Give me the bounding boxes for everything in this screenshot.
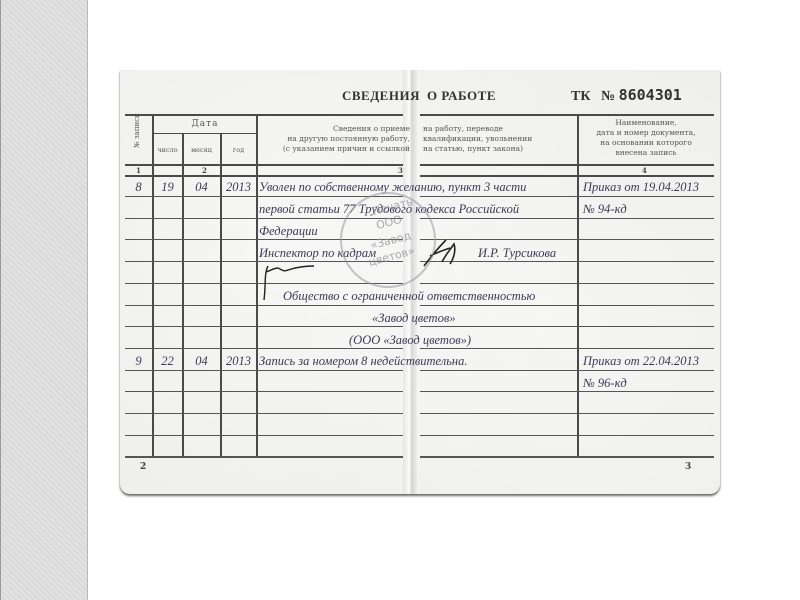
header-line: (с указанием причин и ссылкой: [260, 144, 410, 154]
entry-8-line-7: «Завод цветов»: [372, 311, 456, 326]
row-rule-line: [125, 413, 403, 414]
colnum-3: 3: [398, 166, 403, 175]
year-header: год: [221, 145, 256, 155]
row-rule-line: [420, 218, 714, 219]
entry-8-line-6: Общество с ограниченной ответственностью: [283, 289, 535, 304]
row-rule-line: [420, 391, 714, 392]
date-subheader-line: [153, 133, 257, 134]
vline-document-start: [577, 114, 579, 456]
entry-9-line-1: Запись за номером 8 недействительна.: [259, 354, 468, 369]
entry-8-month: 04: [183, 180, 220, 195]
header-line: Наименование,: [580, 118, 712, 128]
header-line: внесена запись: [580, 148, 712, 158]
row-rule-line: [125, 456, 403, 458]
colnum-1: 1: [136, 166, 141, 175]
row-rule-line: [420, 413, 714, 414]
info-header-left: Сведения о приемена другую постоянную ра…: [260, 124, 410, 154]
page-number-right: 3: [685, 462, 691, 472]
entry-9-document-2: № 96-кд: [583, 376, 627, 391]
colnum-line-right: [420, 175, 714, 177]
entry-9-day: 22: [153, 354, 182, 369]
header-line: на другую постоянную работу,: [260, 134, 410, 144]
document-number: 8604301: [619, 86, 682, 104]
title-left: СВЕДЕНИЯ: [342, 88, 420, 104]
header-top-line-left: [125, 114, 403, 116]
date-header: Дата: [153, 119, 257, 129]
number-sign: №: [601, 89, 615, 104]
vline-date-start: [152, 114, 154, 456]
entry-8-line-3: Федерации: [259, 224, 318, 239]
entry-8-line-8: (ООО «Завод цветов»): [349, 333, 471, 348]
colnum-2: 2: [202, 166, 207, 175]
entry-8-signer: И.Р. Турсикова: [478, 246, 556, 261]
header-line: на статью, пункт закона): [423, 144, 573, 154]
row-rule-line: [125, 305, 403, 306]
row-rule-line: [420, 283, 714, 284]
info-header-right: на работу, переводеквалификации, увольне…: [423, 124, 573, 154]
month-header: месяц: [183, 145, 220, 155]
header-line: на основании которого: [580, 138, 712, 148]
series-number: ТК № 8604301: [571, 86, 682, 105]
entry-9-document-1: Приказ от 22.04.2013: [583, 354, 699, 369]
row-rule-line: [125, 370, 403, 371]
entry-8-number: 8: [125, 180, 152, 195]
entry-8-day: 19: [153, 180, 182, 195]
row-rule-line: [125, 435, 403, 436]
entry-8-year: 2013: [221, 180, 256, 195]
header-bottom-line-left: [125, 164, 403, 166]
row-rule-line: [420, 370, 714, 371]
day-header: число: [153, 145, 182, 155]
series-label: ТК: [571, 89, 591, 104]
row-rule-line: [420, 348, 714, 349]
row-rule-line: [420, 305, 714, 306]
header-bottom-line-right: [420, 164, 714, 166]
header-line: Сведения о приеме: [260, 124, 410, 134]
row-rule-line: [420, 435, 714, 436]
slide-sidebar-panel: [0, 0, 88, 600]
entry-8-document-1: Приказ от 19.04.2013: [583, 180, 699, 195]
row-rule-line: [420, 326, 714, 327]
entry-9-year: 2013: [221, 354, 256, 369]
row-rule-line: [125, 196, 403, 197]
signature-employee: [258, 260, 318, 304]
entry-9-month: 04: [183, 354, 220, 369]
entry-9-number: 9: [125, 354, 152, 369]
document-header: Наименование,дата и номер документа,на о…: [580, 118, 712, 158]
header-top-line-right: [420, 114, 714, 116]
row-rule-line: [125, 391, 403, 392]
entry-8-document-2: № 94-кд: [583, 202, 627, 217]
row-rule-line: [125, 326, 403, 327]
page-number-left: 2: [140, 462, 146, 472]
colnum-line-left: [125, 175, 403, 177]
row-rule-line: [420, 196, 714, 197]
title-right: О РАБОТЕ: [427, 88, 496, 104]
row-rule-line: [420, 456, 714, 458]
colnum-4: 4: [642, 166, 647, 175]
header-line: на работу, переводе: [423, 124, 573, 134]
row-rule-line: [125, 348, 403, 349]
company-stamp: Печать ООО «Завод цветов»: [340, 192, 436, 288]
header-line: дата и номер документа,: [580, 128, 712, 138]
entry-number-header: № записи: [133, 113, 141, 148]
header-line: квалификации, увольнении: [423, 134, 573, 144]
